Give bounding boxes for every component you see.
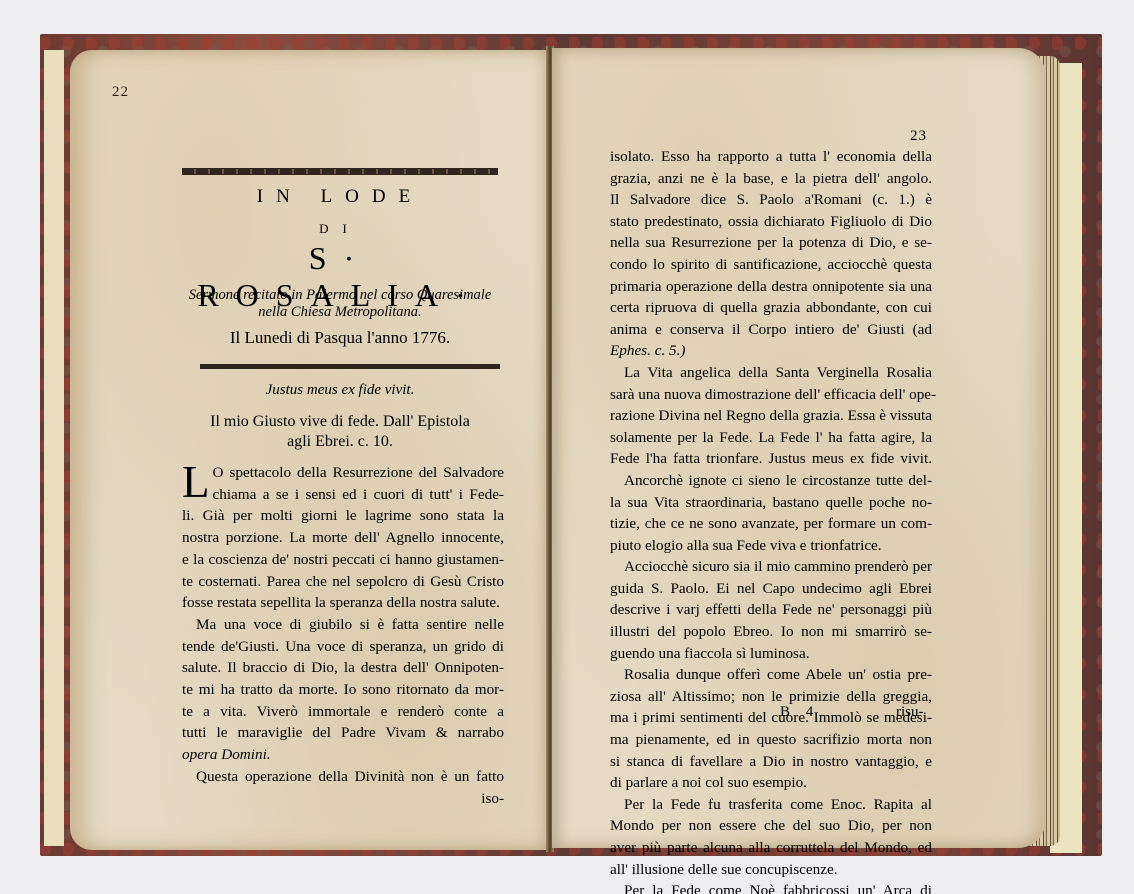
text-line: tizie, che ce ne sono avanzate, per form… (610, 513, 932, 535)
text-line: di parlare a noi col suo esempio. (610, 772, 932, 794)
right-body-text: isolato. Esso ha rapporto a tutta l' eco… (610, 146, 932, 894)
drop-cap: L (182, 464, 210, 500)
text-line: Ancorchè ignote ci sieno le circostanze … (610, 470, 932, 492)
text-line: Fede l'ha fatta trionfare. Justus meus e… (610, 448, 932, 470)
title-di: DI (182, 221, 498, 237)
text-line: si stanca di favellare a Dio in nostro v… (610, 751, 932, 773)
text-line: ziosa all' Altissimo; non le primizie de… (610, 686, 932, 708)
text-line: Per la Fede come Noè fabbricossi un' Arc… (610, 880, 932, 894)
text-line: tutti le maraviglie del Padre Vivam & na… (182, 722, 504, 744)
text-line: condo lo spirito di santificazione, acci… (610, 254, 932, 276)
signature-mark: B 4 (780, 704, 819, 721)
text-line: te mi ha tratto da morte. Io sono ritorn… (182, 679, 504, 701)
text-line: Acciocchè sicuro sia il mio cammino pren… (610, 556, 932, 578)
text-line: li. Già per molti giorni le lagrime sono… (182, 505, 504, 527)
text-line: primaria operazione della destra onnipot… (610, 276, 932, 298)
text-line: tende de'Giusti. Una voce di speranza, u… (182, 636, 504, 658)
text-line: piuto elogio alla sua Fede viva e trionf… (610, 535, 932, 557)
text-line: isolato. Esso ha rapporto a tutta l' eco… (610, 146, 932, 168)
text-line: salute. Il braccio di Dio, la destra del… (182, 657, 504, 679)
catchword-left: iso- (182, 788, 504, 810)
translation: Il mio Giusto vive di fede. Dall' Episto… (182, 412, 498, 452)
text-line: fosse restata sepellita la speranza dell… (182, 592, 504, 614)
text-line: anima e conserva il Corpo intiero de' Gi… (610, 319, 932, 341)
text-line: descrive i varj effetti della Fede ne' p… (610, 599, 932, 621)
page-number-left: 22 (112, 84, 129, 101)
text-line: all' illusione delle sue concupiscenze. (610, 859, 932, 881)
text-line: guida S. Paolo. Ei nel Capo undecimo agl… (610, 578, 932, 600)
rule-bottom (200, 364, 500, 369)
subtitle-line-2: nella Chiesa Metropolitana. (182, 304, 498, 321)
text-line: solamente per la Fede. La Fede l' ha fat… (610, 427, 932, 449)
text-line: te costernati. Parea che nel sepolcro di… (182, 571, 504, 593)
text-line: stato predestinato, ossia dichiarato Fig… (610, 211, 932, 233)
text-line: Ephes. c. 5.) (610, 340, 932, 362)
title-in-lode: IN LODE (182, 186, 498, 208)
text-line: aver più parte alcuna alla corruttela de… (610, 837, 932, 859)
text-line: nella sua Resurrezione per la potenza di… (610, 232, 932, 254)
text-line: opera Domini. (182, 744, 504, 766)
text-line: O spettacolo della Resurrezione del Salv… (182, 462, 504, 484)
motto: Justus meus ex fide vivit. (182, 382, 498, 399)
text-line: guendo una fiaccola sì luminosa. (610, 643, 932, 665)
text-line: chiama a se i sensi ed i cuori di tutt' … (182, 484, 504, 506)
text-line: La Vita angelica della Santa Verginella … (610, 362, 932, 384)
text-line: la sua Vita straordinaria, bastano quell… (610, 492, 932, 514)
catchword-right: risu- (896, 704, 924, 721)
text-line: Per la Fede fu trasferita come Enoc. Rap… (610, 794, 932, 816)
endpaper-left (44, 50, 64, 846)
text-line: Ma una voce di giubilo si è fatta sentir… (182, 614, 504, 636)
text-line: Mondo per non essere che del suo Dio, pe… (610, 815, 932, 837)
text-line: Il Salvadore dice S. Paolo a'Romani (c. … (610, 189, 932, 211)
text-line: e la coscienza de' nostri peccati ci han… (182, 549, 504, 571)
text-line: Rosalia dunque offerì come Abele un' ost… (610, 664, 932, 686)
text-line: illustri del popolo Ebreo. Io non mi sma… (610, 621, 932, 643)
sermon-date: Il Lunedi di Pasqua l'anno 1776. (182, 328, 498, 348)
text-line: razione Divina nel Regno della grazia. E… (610, 405, 932, 427)
text-line: Questa operazione della Divinità non è u… (182, 766, 504, 788)
text-line: te a vita. Viverò immortale e renderò co… (182, 701, 504, 723)
text-line: grazia, anzi ne è la base, e la pietra d… (610, 168, 932, 190)
subtitle: Sermone recitato in Palermo nel corso Qu… (182, 287, 498, 321)
subtitle-line-1: Sermone recitato in Palermo nel corso Qu… (182, 287, 498, 304)
ornamental-rule-top (182, 168, 498, 175)
left-body-text: L O spettacolo della Resurrezione del Sa… (182, 462, 504, 809)
translation-line-1: Il mio Giusto vive di fede. Dall' Episto… (182, 412, 498, 432)
text-line: ma i primi sentimenti del cuore. Immolò … (610, 707, 932, 729)
translation-line-2: agli Ebrei. c. 10. (182, 432, 498, 452)
text-line: nostra porzione. La morte dell' Agnello … (182, 527, 504, 549)
page-number-right: 23 (910, 128, 927, 145)
text-line: ma pienamente, ed in questo sacrifizio m… (610, 729, 932, 751)
text-line: sarà una nuova dimostrazione dell' effic… (610, 384, 932, 406)
text-line: certa ripruova di quella grazia abbondan… (610, 297, 932, 319)
